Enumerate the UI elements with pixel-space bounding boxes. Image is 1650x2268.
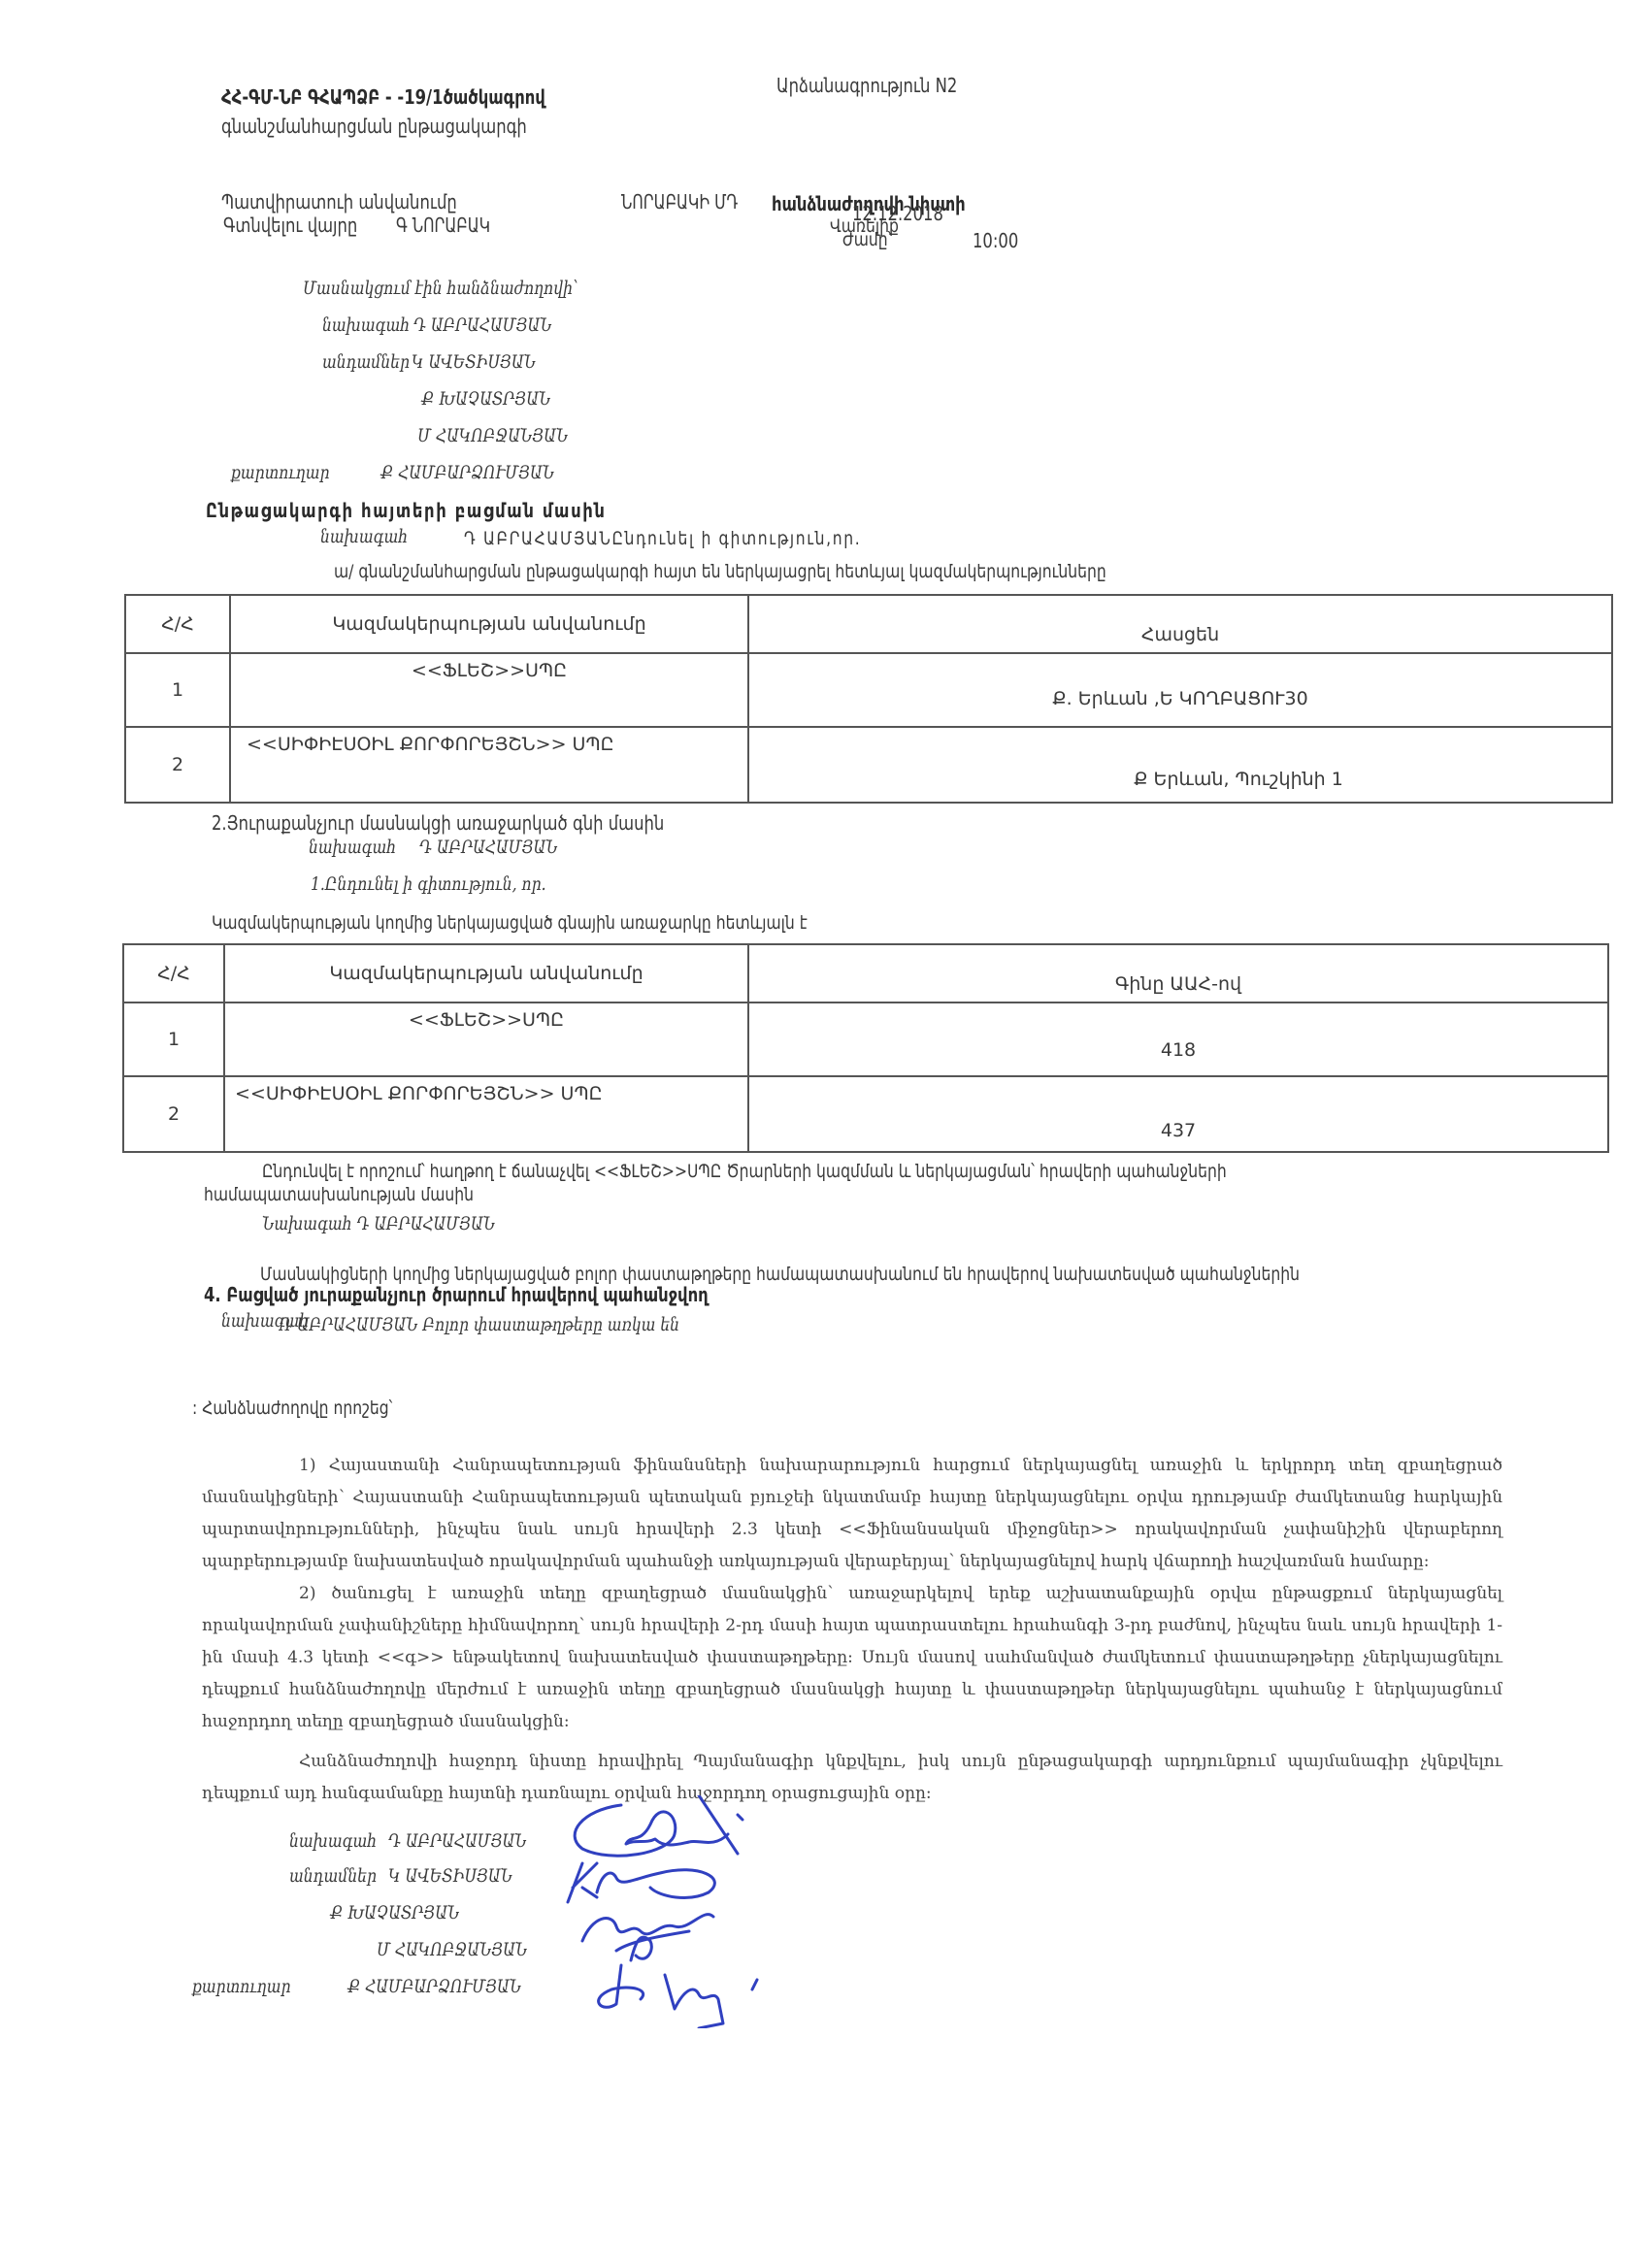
prices-table: Հ/Հ Կազմակերպության անվանումը Գինը ԱԱՀ-ո… bbox=[122, 943, 1609, 1153]
section4-title: 4. Բացված յուրաքանչյուր ծրարում հրավերով… bbox=[204, 1283, 709, 1306]
attendance-role-secretary: քարտուղար bbox=[231, 462, 330, 483]
attendance-name-chair: Դ ԱԲՐԱՀԱՄՅԱՆ bbox=[413, 314, 551, 336]
row-org-name: <<ՖԼԵՇ>>ՍՊԸ bbox=[224, 1003, 748, 1076]
date-value: 12.12.2018 bbox=[852, 202, 943, 225]
protocol-title: Արձանագրություն N2 bbox=[776, 74, 957, 97]
row-org-name: <<ՍԻՓԻԷՍՕԻԼ ՔՈՐՓՈՐԵՅՇՆ>> ՍՊԸ bbox=[230, 727, 748, 803]
section1-speaker-role: նախագահ bbox=[320, 526, 408, 547]
section1-title: Ընթացակարգի հայտերի բացման մասին bbox=[206, 499, 607, 522]
participants-table: Հ/Հ Կազմակերպության անվանումը Հասցեն 1 <… bbox=[124, 594, 1613, 804]
row-address: Ք. Երևան ,Ե ԿՈՂԲԱՑՈՒ30 bbox=[748, 653, 1612, 727]
section1-speaker-text: Դ ԱԲՐԱՀԱՄՅԱՆԸնդունել ի գիտություն,որ. bbox=[464, 528, 861, 549]
table-header-row: Հ/Հ Կազմակերպության անվանումը Հասցեն bbox=[125, 595, 1612, 653]
header-address: Հասցեն bbox=[748, 595, 1612, 653]
row-number: 1 bbox=[123, 1003, 224, 1076]
attendance-name-member-2: Ք ԽԱՉԱՏՐՅԱՆ bbox=[421, 388, 550, 410]
resolution-paragraph-3: Հանձնաժողովի հաջորդ նիստը հրավիրել Պայմա… bbox=[202, 1746, 1502, 1810]
signature-name-member-2: Ք ԽԱՉԱՏՐՅԱՆ bbox=[330, 1902, 459, 1923]
time-value: 10:00 bbox=[973, 229, 1018, 252]
attendance-title: Մասնակցում էին հանձնաժողովի՝ bbox=[303, 278, 578, 299]
location-value: Գ ՆՈՐԱԲԱԿ bbox=[396, 214, 490, 237]
signature-name-chair: Դ ԱԲՐԱՀԱՄՅԱՆ bbox=[388, 1830, 526, 1852]
attendance-name-member-3: Մ ՀԱԿՈԲՋԱՆՅԱՆ bbox=[417, 425, 568, 446]
resolution-paragraph-2: 2) ծանուցել է առաջին տեղը զբաղեցրած մասն… bbox=[202, 1578, 1502, 1738]
header-price: Գինը ԱԱՀ-ով bbox=[748, 944, 1608, 1003]
section2-speaker-name: Դ ԱԲՐԱՀԱՄՅԱՆ bbox=[419, 837, 557, 858]
signature-role-members: անդամներ bbox=[289, 1865, 377, 1887]
signature-role-chair: նախագահ bbox=[289, 1830, 377, 1852]
decision-line-1: Ընդունվել է որոշում՝ հաղթող է ճանաչվել <… bbox=[262, 1161, 1227, 1182]
row-org-name: <<ՖԼԵՇ>>ՍՊԸ bbox=[230, 653, 748, 727]
section2-speaker-role: նախագահ bbox=[309, 837, 396, 858]
table-row: 1 <<ՖԼԵՇ>>ՍՊԸ 418 bbox=[123, 1003, 1608, 1076]
handwritten-signatures-icon bbox=[544, 1795, 796, 2028]
time-label: Ժամը՝ bbox=[842, 229, 891, 250]
table-row: 2 <<ՍԻՓԻԷՍՕԻԼ ՔՈՐՓՈՐԵՅՇՆ>> ՍՊԸ 437 bbox=[123, 1076, 1608, 1152]
section2-title: 2.Յուրաքանչյուր մասնակցի առաջարկած գնի մ… bbox=[212, 811, 664, 835]
procedure-code: ՀՀ-ԳՄ-ՆԲ ԳՀԱՊՁԲ - -19/1ծածկագրով bbox=[221, 85, 545, 109]
signature-name-secretary: Ք ՀԱՄԲԱՐՁՈՒՄՅԱՆ bbox=[347, 1976, 521, 1997]
attendance-name-secretary: Ք ՀԱՄԲԱՐՁՈՒՄՅԱՆ bbox=[380, 462, 554, 483]
table-row: 1 <<ՖԼԵՇ>>ՍՊԸ Ք. Երևան ,Ե ԿՈՂԲԱՑՈՒ30 bbox=[125, 653, 1612, 727]
attendance-role-members: անդամներ bbox=[322, 351, 410, 373]
resolution-paragraph-1: 1) Հայաստանի Հանրապետության ֆինանսների ն… bbox=[202, 1450, 1502, 1578]
resolution-title: : Հանձնաժողովը որոշեց՝ bbox=[192, 1397, 392, 1419]
header-org-name: Կազմակերպության անվանումը bbox=[230, 595, 748, 653]
section2-note: 1.Ընդունել ի գիտություն, որ. bbox=[311, 873, 546, 895]
header-org-name: Կազմակերպության անվանումը bbox=[224, 944, 748, 1003]
section2-intro: Կազմակերպության կողմից ներկայացված գնայի… bbox=[212, 912, 808, 934]
row-number: 2 bbox=[125, 727, 230, 803]
decision-line-2: համապատասխանության մասին bbox=[204, 1184, 474, 1205]
location-label: Գտնվելու վայրը bbox=[223, 214, 357, 237]
signature-name-member-1: Կ ԱՎԵՏԻՍՅԱՆ bbox=[388, 1865, 512, 1887]
customer-label: Պատվիրատուի անվանումը bbox=[221, 190, 457, 214]
header-number: Հ/Հ bbox=[125, 595, 230, 653]
row-number: 2 bbox=[123, 1076, 224, 1152]
section1-intro: ա/ գնանշմանհարցման ընթացակարգի հայտ են ն… bbox=[334, 561, 1106, 582]
signature-name-member-3: Մ ՀԱԿՈԲՋԱՆՅԱՆ bbox=[377, 1939, 527, 1960]
customer-value: ՆՈՐԱԲԱԿԻ ՄԴ bbox=[621, 190, 738, 214]
row-price: 437 bbox=[748, 1076, 1608, 1152]
row-number: 1 bbox=[125, 653, 230, 727]
row-price: 418 bbox=[748, 1003, 1608, 1076]
section4-speaker-text: Դ ԱԲՐԱՀԱՄՅԱՆ Բոլոր փաստաթղթերը առկա են bbox=[280, 1314, 679, 1335]
row-org-name: <<ՍԻՓԻԷՍՕԻԼ ՔՈՐՓՈՐԵՅՇՆ>> ՍՊԸ bbox=[224, 1076, 748, 1152]
documents-statement: Մասնակիցների կողմից ներկայացված բոլոր փա… bbox=[260, 1264, 1300, 1285]
header-number: Հ/Հ bbox=[123, 944, 224, 1003]
resolution-paragraphs: 1) Հայաստանի Հանրապետության ֆինանսների ն… bbox=[202, 1450, 1502, 1810]
table-row: 2 <<ՍԻՓԻԷՍՕԻԼ ՔՈՐՓՈՐԵՅՇՆ>> ՍՊԸ Ք Երևան, … bbox=[125, 727, 1612, 803]
signature-role-secretary: քարտուղար bbox=[192, 1976, 291, 1997]
table-header-row: Հ/Հ Կազմակերպության անվանումը Գինը ԱԱՀ-ո… bbox=[123, 944, 1608, 1003]
row-address: Ք Երևան, Պուշկինի 1 bbox=[748, 727, 1612, 803]
attendance-name-member-1: Կ ԱՎԵՏԻՍՅԱՆ bbox=[412, 351, 536, 373]
attendance-role-chair: նախագահ bbox=[322, 314, 410, 336]
procedure-type: գնանշմանհարցման ընթացակարգի bbox=[221, 115, 527, 138]
decision-speaker: Նախագահ Դ ԱԲՐԱՀԱՄՅԱՆ bbox=[262, 1213, 495, 1234]
